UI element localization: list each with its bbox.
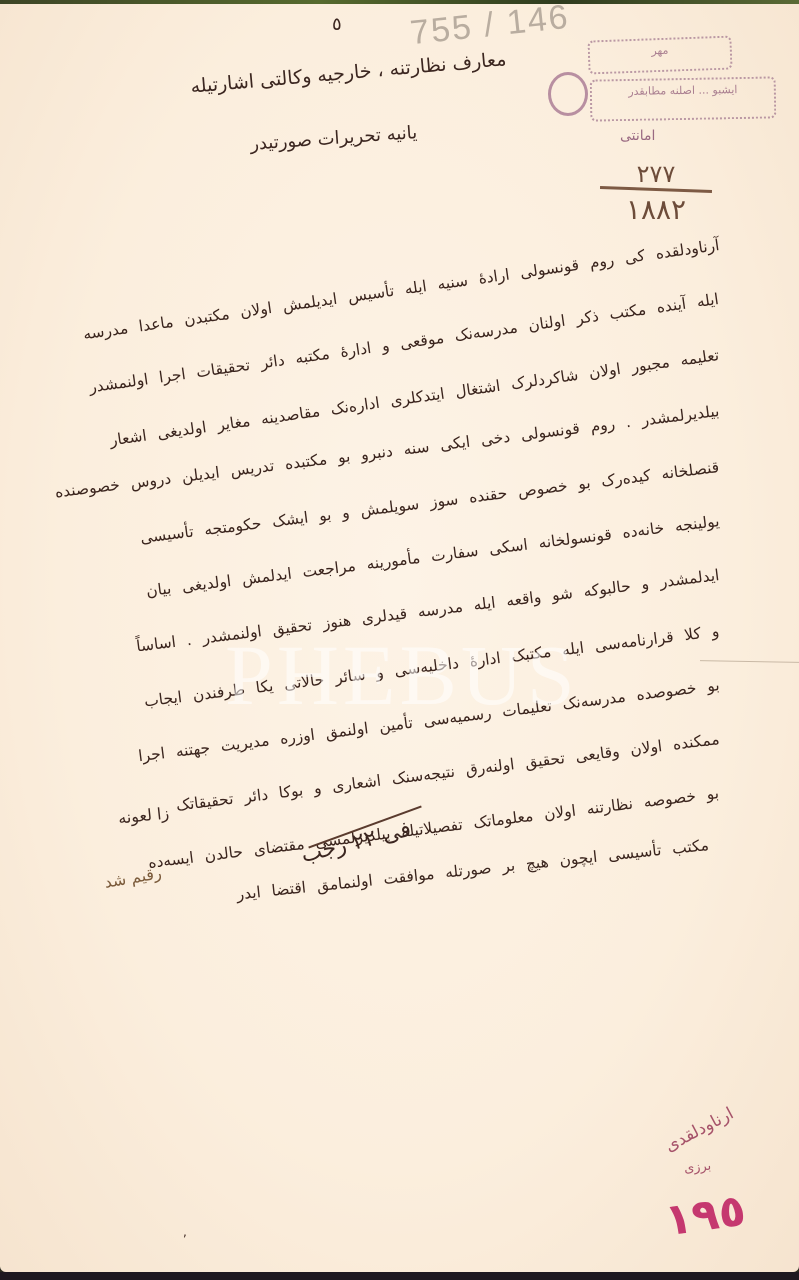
reference-denominator: ١٨٨٢: [600, 193, 712, 226]
reference-numerator: ٢٧٧: [600, 160, 712, 188]
official-stamp-upper: مهر: [587, 35, 732, 74]
ink-speck: ,: [183, 1225, 187, 1239]
official-seal-icon: [548, 72, 588, 116]
page-mark: ٥: [332, 14, 342, 35]
scan-bottom-edge: [0, 1272, 799, 1280]
stamp-label: امانتی: [620, 128, 655, 144]
reference-number: ٢٧٧ ١٨٨٢: [600, 160, 712, 226]
watermark: PHEBUS: [225, 625, 579, 725]
bottom-right-note-2: برزی: [683, 1159, 712, 1177]
official-stamp-lower: ایشبو ... اصلنه مطابقدر: [590, 76, 777, 121]
